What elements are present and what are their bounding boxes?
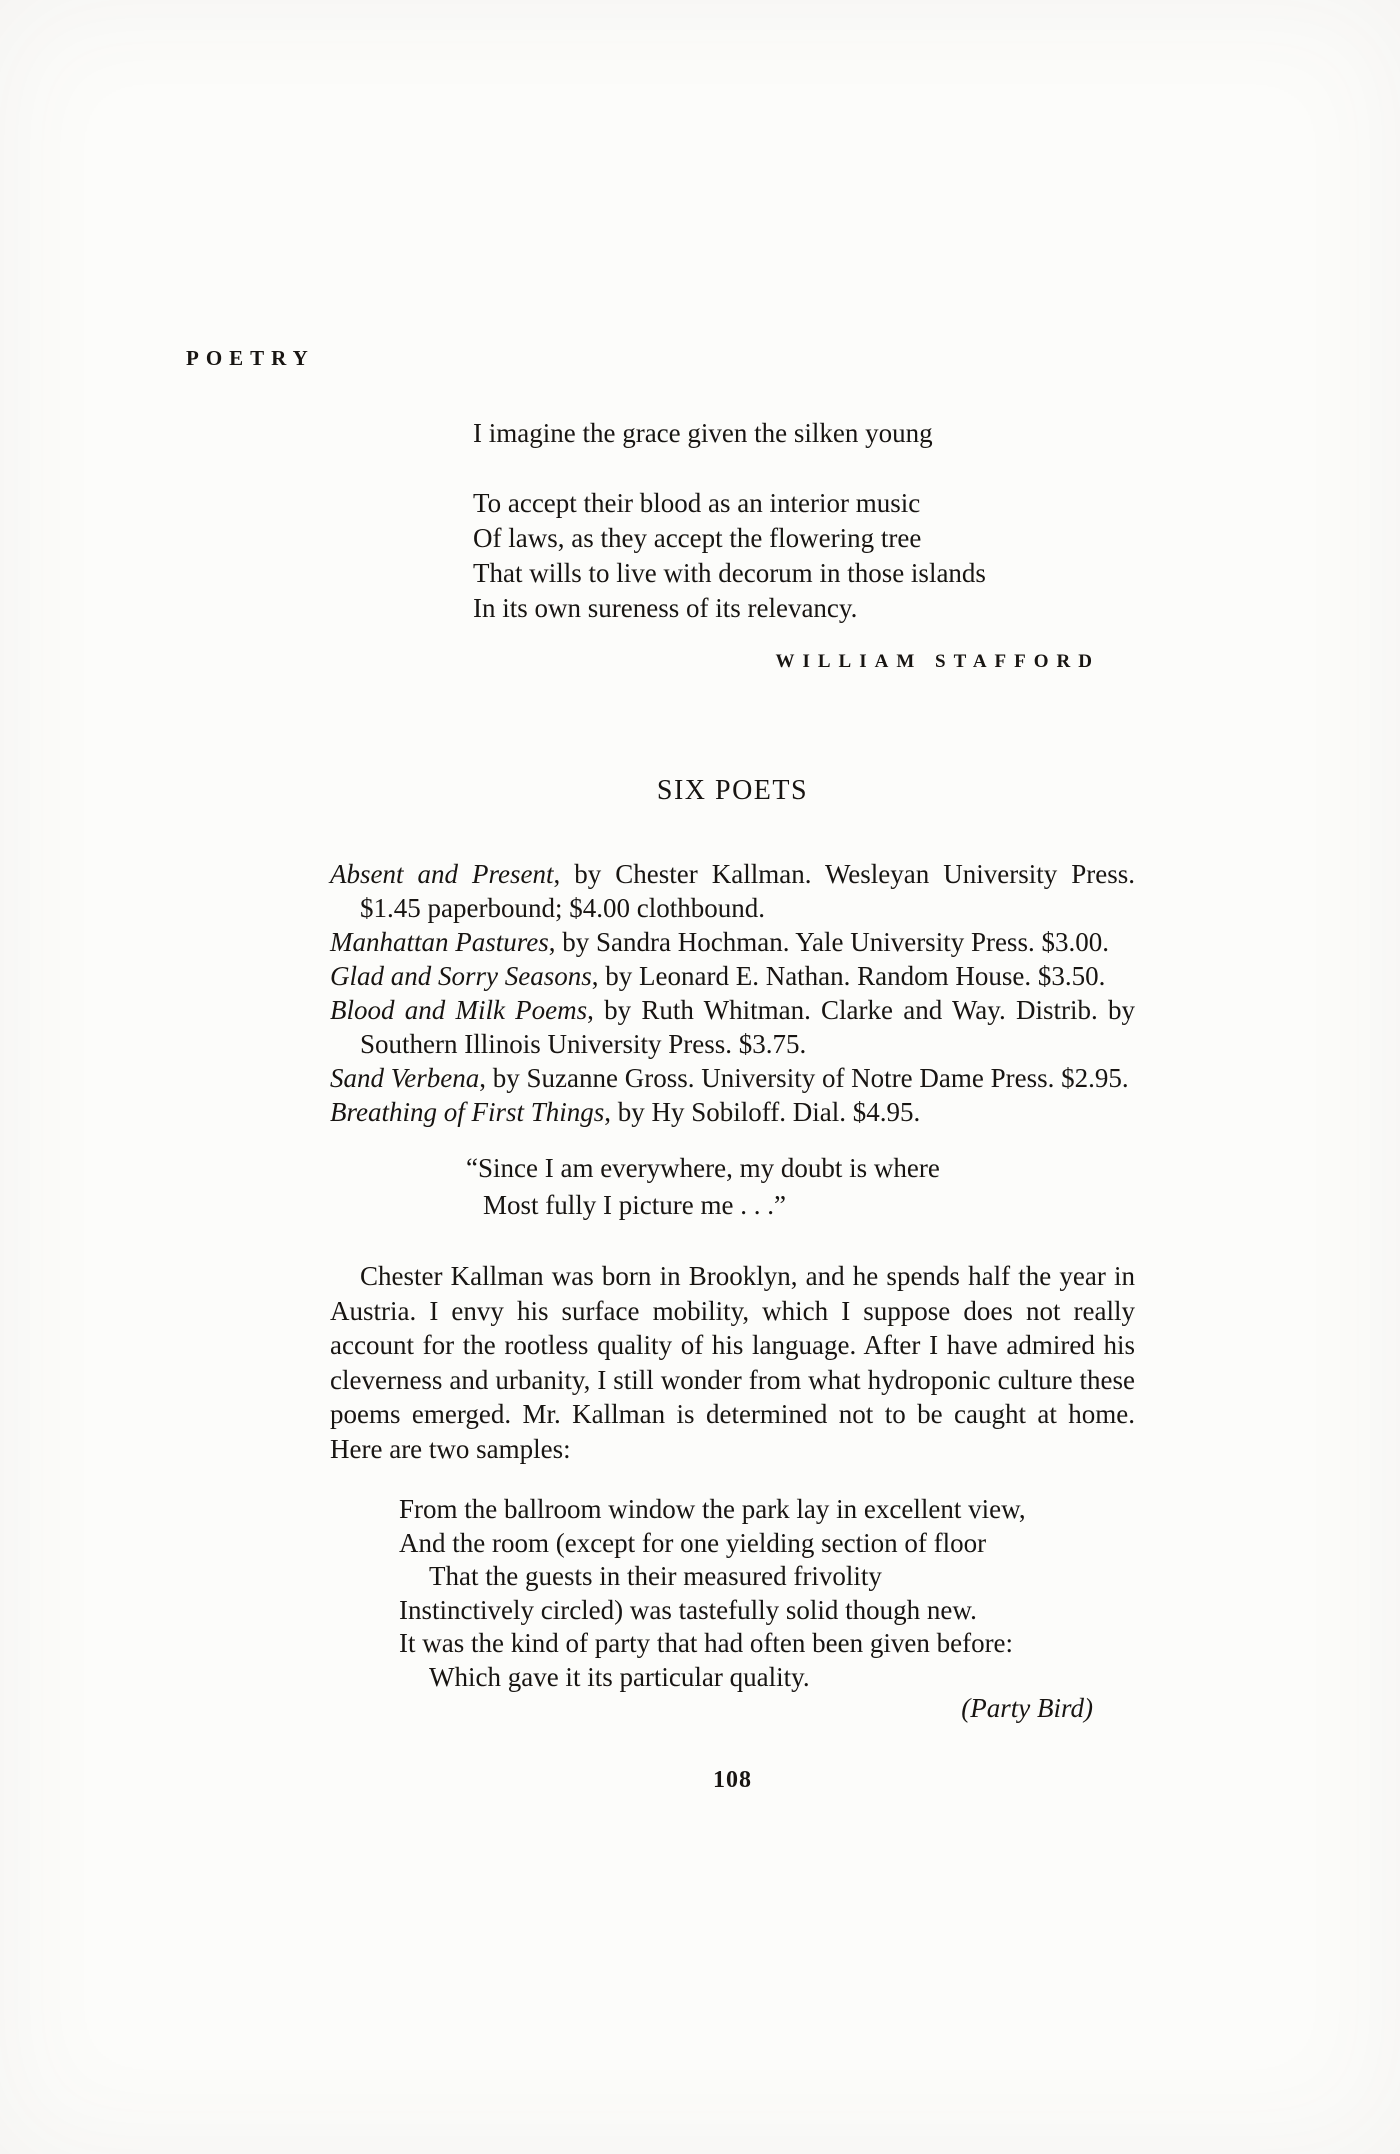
magazine-page: POETRY I imagine the grace given the sil… bbox=[0, 0, 1400, 2154]
poem-line: From the ballroom window the park lay in… bbox=[399, 1493, 1026, 1527]
book-title: Breathing of First Things bbox=[330, 1097, 604, 1127]
poem-source-caption: (Party Bird) bbox=[961, 1693, 1093, 1723]
opening-poem: I imagine the grace given the silken you… bbox=[473, 416, 986, 626]
epigraph-quote: “Since I am everywhere, my doubt is wher… bbox=[466, 1150, 940, 1224]
poem-line: Which gave it its particular quality. bbox=[429, 1661, 1026, 1695]
poet-attribution-row: WILLIAM STAFFORD bbox=[330, 651, 1100, 673]
book-title: Manhattan Pastures bbox=[330, 927, 549, 957]
book-list: Absent and Present, by Chester Kallman. … bbox=[330, 857, 1135, 1129]
poem-line: Of laws, as they accept the flowering tr… bbox=[473, 521, 986, 556]
book-entry: Glad and Sorry Seasons, by Leonard E. Na… bbox=[330, 959, 1135, 993]
poet-attribution: WILLIAM STAFFORD bbox=[775, 651, 1100, 672]
poem-line: It was the kind of party that had often … bbox=[399, 1627, 1026, 1661]
book-entry: Breathing of First Things, by Hy Sobilof… bbox=[330, 1095, 1135, 1129]
book-details: , by Leonard E. Nathan. Random House. $3… bbox=[592, 961, 1106, 991]
sample-poem: From the ballroom window the park lay in… bbox=[399, 1493, 1026, 1694]
book-entry: Sand Verbena, by Suzanne Gross. Universi… bbox=[330, 1061, 1135, 1095]
book-entry: Absent and Present, by Chester Kallman. … bbox=[330, 857, 1135, 925]
book-title: Blood and Milk Poems bbox=[330, 995, 587, 1025]
poem-caption-row: (Party Bird) bbox=[330, 1693, 1135, 1724]
poem-line: Instinctively circled) was tastefully so… bbox=[399, 1594, 1026, 1628]
book-entry: Blood and Milk Poems, by Ruth Whitman. C… bbox=[330, 993, 1135, 1061]
book-title: Glad and Sorry Seasons bbox=[330, 961, 592, 991]
book-title: Sand Verbena bbox=[330, 1063, 479, 1093]
poem-line: That wills to live with decorum in those… bbox=[473, 556, 986, 591]
page-number: 108 bbox=[330, 1767, 1135, 1794]
book-details: , by Sandra Hochman. Yale University Pre… bbox=[549, 927, 1109, 957]
poem-line: And the room (except for one yielding se… bbox=[399, 1527, 1026, 1561]
running-head: POETRY bbox=[186, 346, 315, 371]
book-title: Absent and Present bbox=[330, 859, 553, 889]
book-entry: Manhattan Pastures, by Sandra Hochman. Y… bbox=[330, 925, 1135, 959]
book-details: , by Hy Sobiloff. Dial. $4.95. bbox=[604, 1097, 920, 1127]
poem-line: In its own sureness of its relevancy. bbox=[473, 591, 986, 626]
book-details: , by Suzanne Gross. University of Notre … bbox=[479, 1063, 1128, 1093]
poem-line: I imagine the grace given the silken you… bbox=[473, 416, 986, 451]
review-paragraph: Chester Kallman was born in Brooklyn, an… bbox=[330, 1259, 1135, 1466]
poem-line: That the guests in their measured frivol… bbox=[429, 1560, 1026, 1594]
poem-stanza: I imagine the grace given the silken you… bbox=[473, 416, 986, 451]
section-title: SIX POETS bbox=[330, 775, 1135, 807]
epigraph-line: “Since I am everywhere, my doubt is wher… bbox=[466, 1150, 940, 1187]
epigraph-line: Most fully I picture me . . .” bbox=[483, 1187, 940, 1224]
poem-stanza: To accept their blood as an interior mus… bbox=[473, 486, 986, 626]
poem-line: To accept their blood as an interior mus… bbox=[473, 486, 986, 521]
